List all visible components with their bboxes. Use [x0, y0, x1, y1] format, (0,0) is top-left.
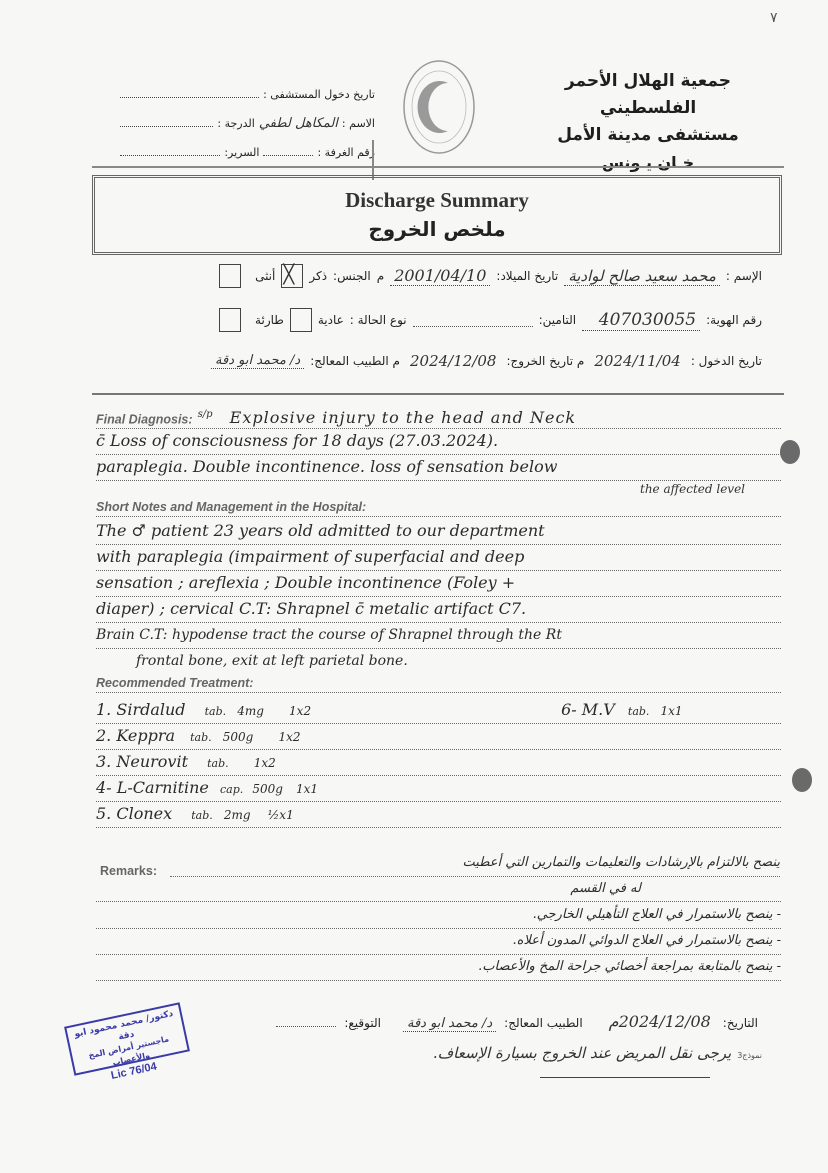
remarks-line-1: ينصح بالالتزام بالإرشادات والتعليمات وال…: [170, 850, 780, 877]
admission-date-label: تاريخ الدخول :: [691, 354, 762, 368]
diagnosis-line-3: paraplegia. Double incontinence. loss of…: [96, 454, 781, 481]
footer-note-row: نموذج3 يرجى نقل المريض عند الخروج بسيارة…: [429, 1044, 762, 1062]
remarks-text-4: - ينصح بالاستمرار في العلاج الدوائي المد…: [513, 933, 782, 948]
id-label: رقم الهوية:: [706, 313, 762, 327]
case-regular-label: عادية: [318, 313, 344, 327]
org-name: جمعية الهلال الأحمر الفلسطيني: [528, 68, 768, 122]
notes-text-5: Brain C.T: hypodense tract the course of…: [96, 627, 562, 643]
medication-row: 1. Sirdalud tab. 4mg 1x2 6- M.V tab. 1x1: [96, 697, 781, 724]
medication-row: 5. Clonex tab. 2mg ½x1: [96, 801, 781, 828]
dob-suffix: م: [377, 269, 384, 283]
name-value: محمد سعيد صالح لوادية: [564, 267, 720, 286]
form-number: نموذج3: [737, 1051, 762, 1060]
patient-row-3: تاريخ الدخول : 2024/11/04 م تاريخ الخروج…: [211, 352, 762, 370]
footer-date-label: التاريخ:: [723, 1016, 758, 1030]
diagnosis-text-2: c̄ Loss of consciousness for 18 days (27…: [96, 431, 498, 450]
dob-label: تاريخ الميلاد:: [496, 269, 558, 283]
notes-line-5: Brain C.T: hypodense tract the course of…: [96, 622, 781, 649]
diagnosis-text-1: Explosive injury to the head and Neck: [230, 408, 576, 427]
diagnosis-text-3: paraplegia. Double incontinence. loss of…: [96, 457, 557, 476]
hospital-admission-field: [120, 85, 259, 98]
organization-header: جمعية الهلال الأحمر الفلسطيني مستشفى مدي…: [528, 68, 768, 176]
remarks-line-4: - ينصح بالاستمرار في العلاج الدوائي المد…: [96, 928, 781, 955]
medication-4: 4- L-Carnitine cap. 500g 1x1: [96, 778, 318, 797]
notes-line-2: with paraplegia (impairment of superfaci…: [96, 544, 781, 571]
notes-line-4: diaper) ; cervical C.T: Shrapnel c̄ meta…: [96, 596, 781, 623]
hospital-name: مستشفى مدينة الأمل: [528, 122, 768, 149]
case-emergency-checkbox[interactable]: [219, 308, 241, 332]
patient-row-1: الإسم : محمد سعيد صالح لوادية تاريخ المي…: [219, 264, 762, 288]
notes-line-1: The ♂ patient 23 years old admitted to o…: [96, 518, 781, 545]
medication-5: 5. Clonex tab. 2mg ½x1: [96, 804, 294, 823]
notes-line-3: sensation ; areflexia ; Double incontine…: [96, 570, 781, 597]
grade-label: الدرجة :: [217, 109, 254, 138]
diagnosis-continuation: the affected level: [640, 482, 745, 496]
footer-physician-label: الطبيب المعالج:: [504, 1016, 583, 1030]
gender-female-label: أنثى: [255, 269, 275, 283]
diagnosis-prefix: s/p: [198, 409, 213, 420]
notes-text-6: frontal bone, exit at left parietal bone…: [136, 653, 408, 669]
section-divider: [92, 393, 784, 395]
signature-field: [276, 1016, 336, 1027]
medication-1: 1. Sirdalud tab. 4mg 1x2: [96, 697, 556, 725]
grade-field: [120, 114, 213, 127]
city-name: خـان يـونس: [528, 149, 768, 176]
short-notes-header: Short Notes and Management in the Hospit…: [96, 496, 781, 517]
physician-signature: د/ محمد ابو دقة: [211, 353, 304, 369]
ward-name-value: المكاهل لطفي: [259, 109, 338, 138]
footer-physician-value: د/ محمد ابو دقة: [403, 1016, 496, 1032]
hospital-admission-label: تاريخ دخول المستشفى :: [263, 80, 375, 109]
doctor-stamp: دكتور/ محمد محمود ابو دقة ماجستير أمراض …: [64, 1002, 190, 1075]
footer-signature-row: التاريخ: 2024/12/08م الطبيب المعالج: د/ …: [276, 1012, 758, 1032]
title-arabic: ملخص الخروج: [95, 217, 779, 241]
patient-row-2: رقم الهوية: 407030055 التامين: نوع الحال…: [219, 308, 762, 332]
medication-3: 3. Neurovit tab. 1x2: [96, 752, 276, 771]
gender-female-checkbox[interactable]: [219, 264, 241, 288]
bed-label: السرير:: [224, 138, 259, 167]
corner-mark: ٧: [770, 10, 778, 26]
case-regular-checkbox[interactable]: [290, 308, 312, 332]
gender-male-checkbox[interactable]: [281, 264, 303, 288]
dob-value: 2001/04/10: [390, 266, 490, 286]
remarks-text-2: له في القسم: [570, 881, 641, 896]
treatment-header: Recommended Treatment:: [96, 672, 781, 693]
notes-line-6: frontal bone, exit at left parietal bone…: [96, 648, 821, 674]
ward-name-label: الاسم :: [342, 109, 375, 138]
title-english: Discharge Summary: [95, 188, 779, 213]
signature-label: التوقيع:: [344, 1016, 381, 1030]
remarks-text-3: - ينصح بالاستمرار في العلاج التأهيلي الخ…: [533, 907, 781, 922]
transfer-note: يرجى نقل المريض عند الخروج بسيارة الإسعا…: [429, 1044, 735, 1062]
title-box: Discharge Summary ملخص الخروج: [92, 175, 782, 255]
footer-date-value: 2024/12/08م: [605, 1012, 715, 1031]
case-type-label: نوع الحالة :: [350, 313, 407, 327]
medication-row: 4- L-Carnitine cap. 500g 1x1: [96, 775, 781, 802]
remarks-line-3: - ينصح بالاستمرار في العلاج التأهيلي الخ…: [96, 902, 781, 929]
notes-text-1: The ♂ patient 23 years old admitted to o…: [96, 521, 545, 540]
notes-text-4: diaper) ; cervical C.T: Shrapnel c̄ meta…: [96, 599, 526, 618]
punch-hole: [780, 440, 800, 464]
notes-text-3: sensation ; areflexia ; Double incontine…: [96, 573, 515, 592]
punch-hole: [792, 768, 812, 792]
physician-label: م الطبيب المعالج:: [310, 354, 400, 368]
notes-text-2: with paraplegia (impairment of superfaci…: [96, 547, 524, 566]
medication-row: 3. Neurovit tab. 1x2: [96, 749, 781, 776]
diagnosis-line-2: c̄ Loss of consciousness for 18 days (27…: [96, 428, 781, 455]
final-diagnosis-label: Final Diagnosis:: [96, 412, 193, 426]
remarks-line-5: - ينصح بالمتابعة بمراجعة أخصائي جراحة ال…: [96, 954, 781, 981]
short-notes-label: Short Notes and Management in the Hospit…: [96, 500, 366, 514]
discharge-date-label: م تاريخ الخروج:: [506, 354, 584, 368]
recommended-treatment-label: Recommended Treatment:: [96, 676, 253, 690]
insurance-label: التامين:: [539, 313, 577, 327]
case-emergency-label: طارئة: [255, 313, 284, 327]
room-label: رقم الغرفة :: [317, 138, 375, 167]
admission-info-block: تاريخ دخول المستشفى : الاسم : المكاهل لط…: [120, 80, 375, 167]
id-value: 407030055: [582, 310, 700, 331]
remarks-text-5: - ينصح بالمتابعة بمراجعة أخصائي جراحة ال…: [478, 959, 781, 974]
gender-label: الجنس:: [333, 269, 371, 283]
insurance-field: [413, 314, 533, 327]
note-underline: [540, 1077, 710, 1078]
fold-line: [372, 140, 374, 180]
discharge-date-value: 2024/12/08: [406, 352, 500, 370]
remarks-line-2: له في القسم: [96, 876, 781, 902]
remarks-text-1: ينصح بالالتزام بالإرشادات والتعليمات وال…: [462, 855, 780, 870]
admission-date-value: 2024/11/04: [590, 352, 684, 370]
diagnosis-line-1: Final Diagnosis: s/p Explosive injury to…: [96, 402, 781, 429]
red-crescent-logo-icon: [400, 55, 478, 155]
gender-male-label: ذكر: [309, 269, 327, 283]
name-label: الإسم :: [726, 269, 762, 283]
room-field: [263, 143, 313, 156]
medication-6: 6- M.V tab. 1x1: [561, 700, 682, 719]
header-divider: [92, 166, 784, 168]
medication-row: 2. Keppra tab. 500g 1x2: [96, 723, 781, 750]
bed-field: [120, 143, 220, 156]
medication-2: 2. Keppra tab. 500g 1x2: [96, 726, 300, 745]
